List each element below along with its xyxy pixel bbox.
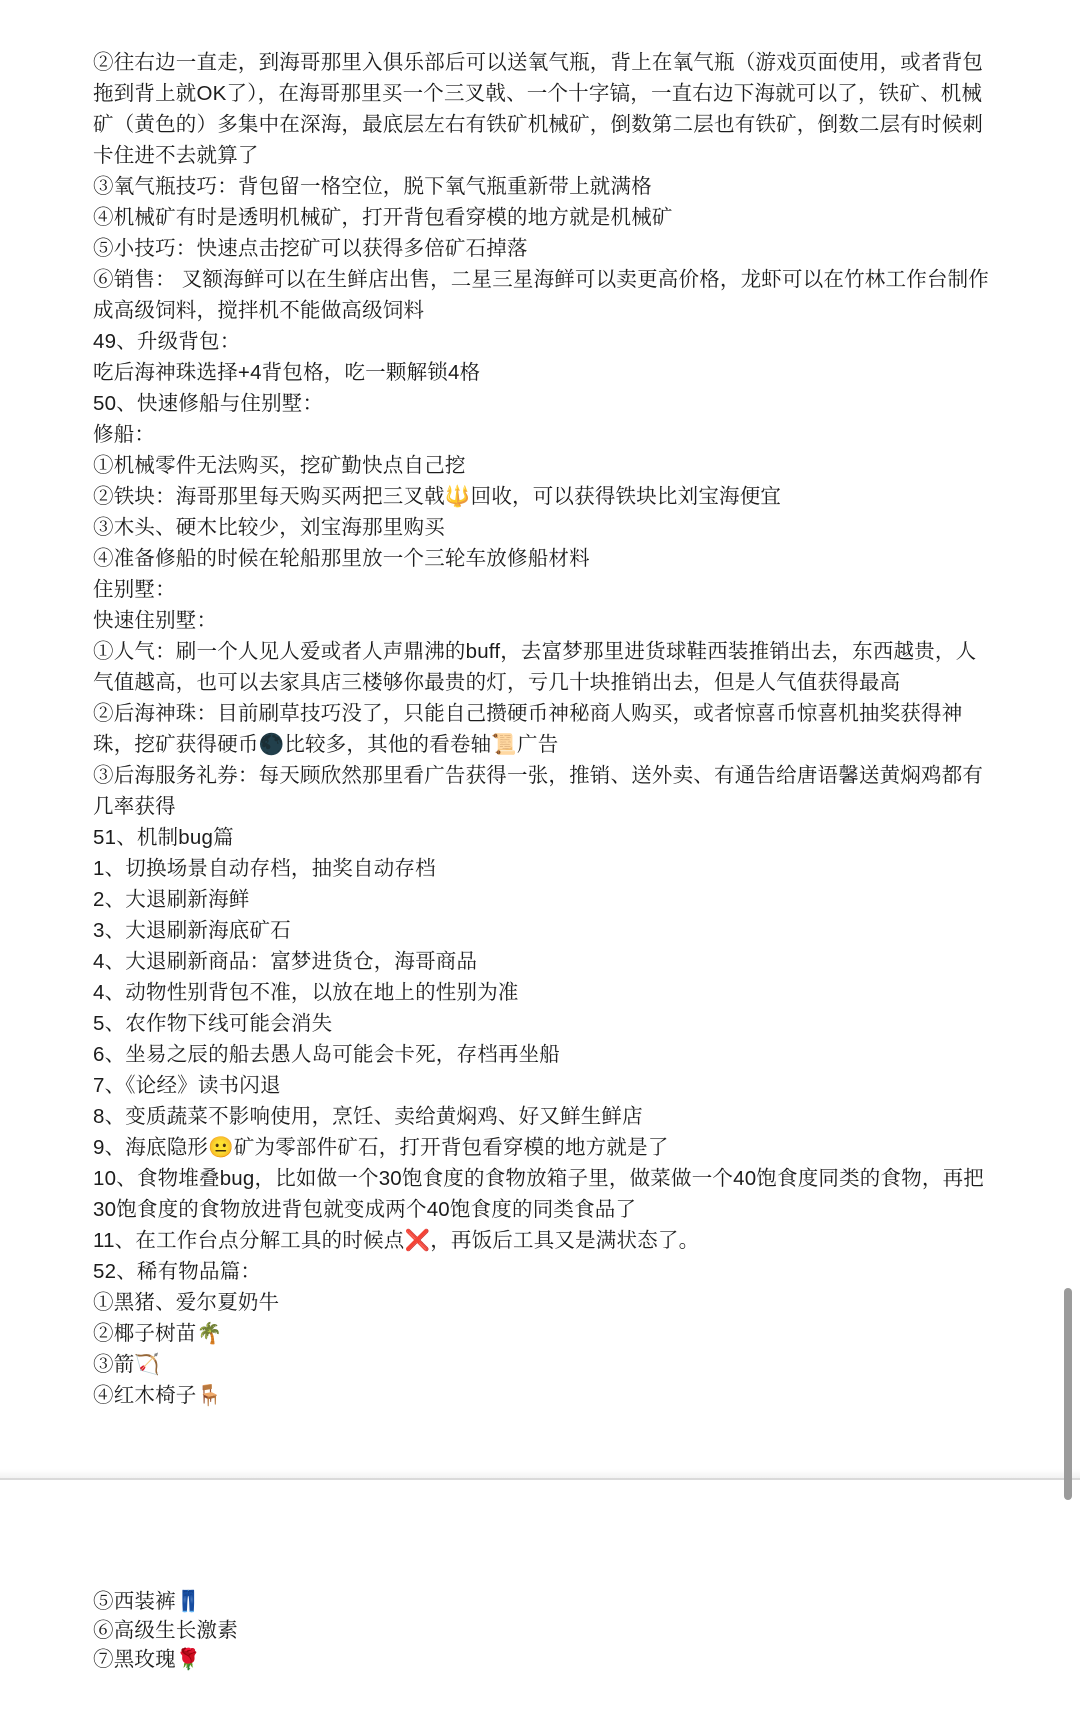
text-line: 快速住别墅： [93, 605, 988, 636]
text-line: 5、农作物下线可能会消失 [93, 1008, 988, 1039]
text-line: 6、坐易之辰的船去愚人岛可能会卡死，存档再坐船 [93, 1039, 988, 1070]
page-2-text-block: ⑤西装裤👖⑥高级生长激素⑦黑玫瑰🌹 [93, 1587, 988, 1674]
text-line: 30饱食度的食物放进背包就变成两个40饱食度的同类食品了 [93, 1194, 988, 1225]
text-line: 50、快速修船与住别墅： [93, 388, 988, 419]
text-line: 3、大退刷新海底矿石 [93, 915, 988, 946]
text-line: 2、大退刷新海鲜 [93, 884, 988, 915]
text-line: ②后海神珠：目前刷草技巧没了，只能自己攒硬币神秘商人购买，或者惊喜币惊喜机抽奖获… [93, 698, 988, 729]
text-line: 住别墅： [93, 574, 988, 605]
text-line: 修船： [93, 419, 988, 450]
text-line: 矿（黄色的）多集中在深海，最底层左右有铁矿机械矿，倒数第二层也有铁矿，倒数二层有… [93, 109, 988, 140]
text-line: 51、机制bug篇 [93, 822, 988, 853]
text-line: 11、在工作台点分解工具的时候点❌，再饭后工具又是满状态了。 [93, 1225, 988, 1256]
text-line: ②往右边一直走，到海哥那里入俱乐部后可以送氧气瓶，背上在氧气瓶（游戏页面使用，或… [93, 47, 988, 78]
text-line: ③氧气瓶技巧：背包留一格空位，脱下氧气瓶重新带上就满格 [93, 171, 988, 202]
text-line: ④红木椅子🪑 [93, 1380, 988, 1411]
text-line: ③箭🏹 [93, 1349, 988, 1380]
text-line: 4、大退刷新商品：富梦进货仓，海哥商品 [93, 946, 988, 977]
scrollbar-thumb[interactable] [1064, 1288, 1072, 1500]
document-viewer: ②往右边一直走，到海哥那里入俱乐部后可以送氧气瓶，背上在氧气瓶（游戏页面使用，或… [0, 0, 1080, 1715]
text-line: 气值越高，也可以去家具店三楼够你最贵的灯，亏几十块推销出去，但是人气值获得最高 [93, 667, 988, 698]
text-line: 1、切换场景自动存档，抽奖自动存档 [93, 853, 988, 884]
text-line: ⑤西装裤👖 [93, 1587, 988, 1616]
text-line: ①机械零件无法购买，挖矿勤快点自己挖 [93, 450, 988, 481]
text-line: 49、升级背包： [93, 326, 988, 357]
text-line: 成高级饲料，搅拌机不能做高级饲料 [93, 295, 988, 326]
text-line: 几率获得 [93, 791, 988, 822]
text-line: 珠，挖矿获得硬币🌑比较多，其他的看卷轴📜广告 [93, 729, 988, 760]
text-line: ⑦黑玫瑰🌹 [93, 1645, 988, 1674]
text-line: ①人气：刷一个人见人爱或者人声鼎沸的buff，去富梦那里进货球鞋西装推销出去，东… [93, 636, 988, 667]
text-line: ②铁块：海哥那里每天购买两把三叉戟🔱回收，可以获得铁块比刘宝海便宜 [93, 481, 988, 512]
text-line: ⑥销售： 叉额海鲜可以在生鲜店出售，二星三星海鲜可以卖更高价格，龙虾可以在竹林工… [93, 264, 988, 295]
text-line: 8、变质蔬菜不影响使用，烹饪、卖给黄焖鸡、好又鲜生鲜店 [93, 1101, 988, 1132]
text-line: 卡住进不去就算了 [93, 140, 988, 171]
text-line: 10、食物堆叠bug，比如做一个30饱食度的食物放箱子里，做菜做一个40饱食度同… [93, 1163, 988, 1194]
page-break-divider [0, 1469, 1080, 1480]
text-line: 吃后海神珠选择+4背包格，吃一颗解锁4格 [93, 357, 988, 388]
text-line: 7、《论经》读书闪退 [93, 1070, 988, 1101]
text-line: ④准备修船的时候在轮船那里放一个三轮车放修船材料 [93, 543, 988, 574]
text-line: 52、稀有物品篇： [93, 1256, 988, 1287]
text-line: 拖到背上就OK了），在海哥那里买一个三叉戟、一个十字镐，一直右边下海就可以了，铁… [93, 78, 988, 109]
text-line: ③后海服务礼券：每天顾欣然那里看广告获得一张，推销、送外卖、有通告给唐语馨送黄焖… [93, 760, 988, 791]
text-line: ①黑猪、爱尔夏奶牛 [93, 1287, 988, 1318]
page-1-text-block: ②往右边一直走，到海哥那里入俱乐部后可以送氧气瓶，背上在氧气瓶（游戏页面使用，或… [93, 47, 988, 1411]
text-line: ②椰子树苗🌴 [93, 1318, 988, 1349]
text-line: 4、动物性别背包不准，以放在地上的性别为准 [93, 977, 988, 1008]
text-line: ④机械矿有时是透明机械矿，打开背包看穿模的地方就是机械矿 [93, 202, 988, 233]
text-line: ③木头、硬木比较少，刘宝海那里购买 [93, 512, 988, 543]
text-line: ⑤小技巧：快速点击挖矿可以获得多倍矿石掉落 [93, 233, 988, 264]
text-line: ⑥高级生长激素 [93, 1616, 988, 1645]
text-line: 9、海底隐形😐矿为零部件矿石，打开背包看穿模的地方就是了 [93, 1132, 988, 1163]
